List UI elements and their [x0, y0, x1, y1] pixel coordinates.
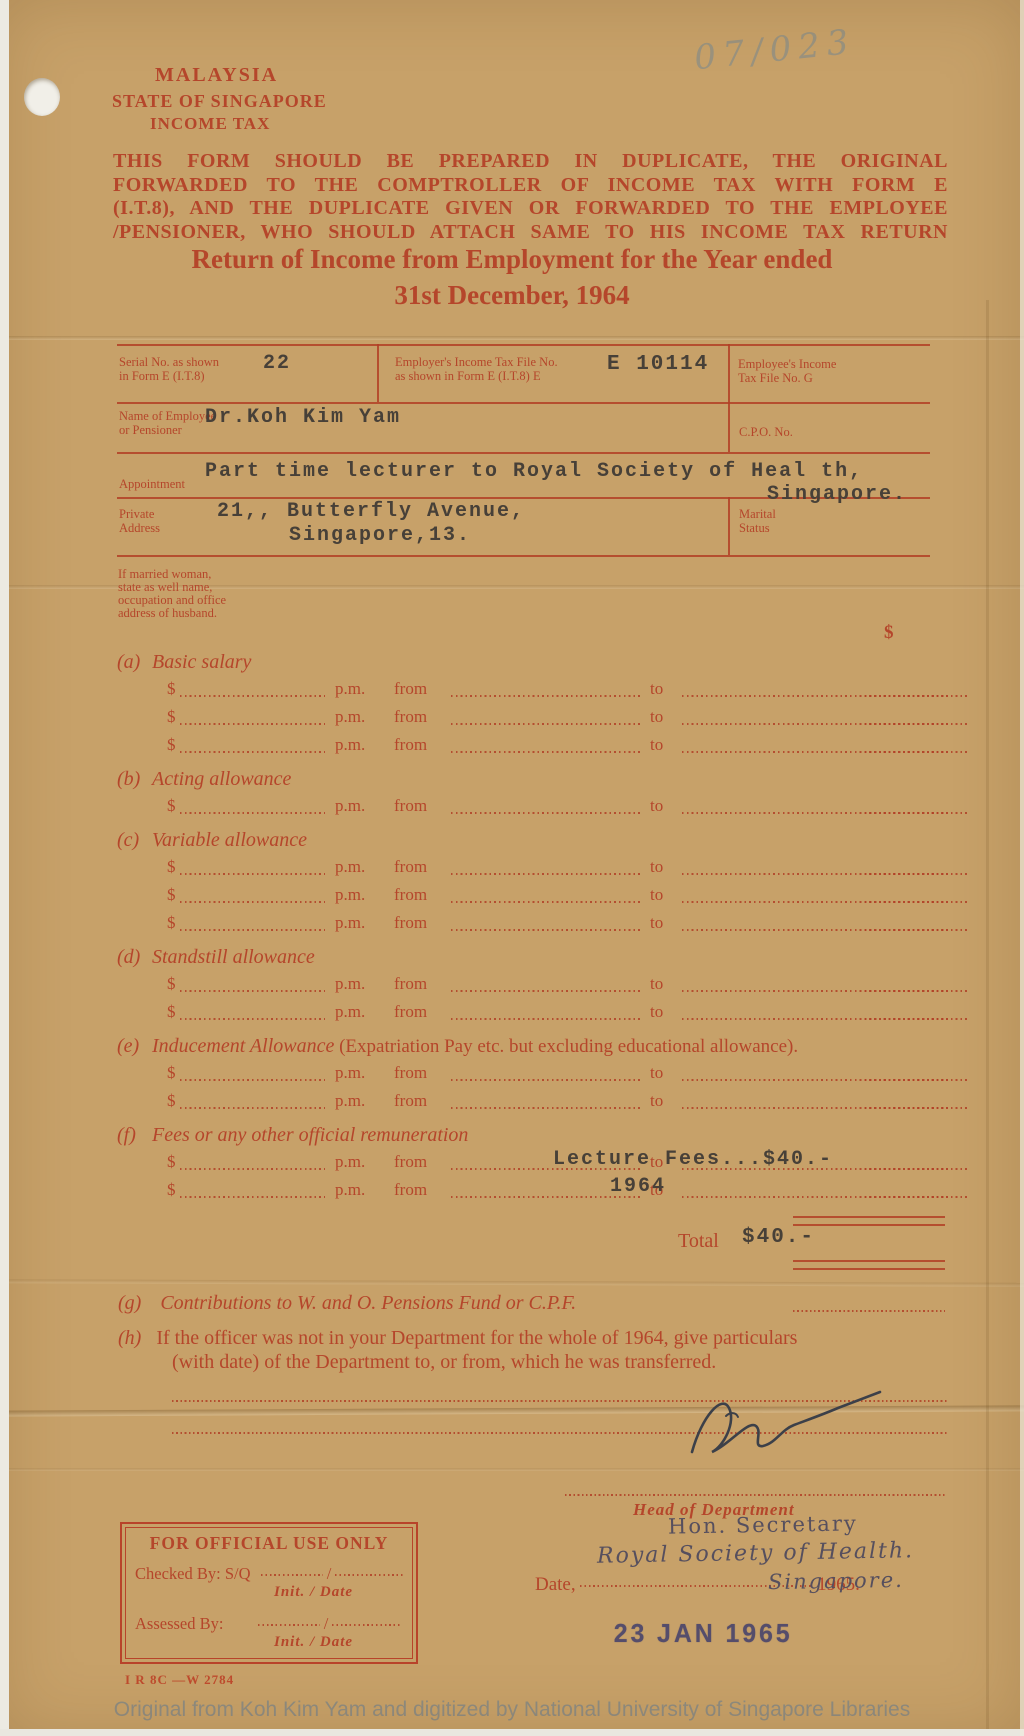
dotted-leader [451, 990, 641, 992]
table-rule [117, 555, 930, 557]
amount-dotted-leader [865, 1079, 948, 1081]
handwritten-ref-number: 07/023 [692, 22, 857, 79]
serial-no-value: 22 [263, 352, 291, 375]
blank-entry-line: $p.m.fromto [117, 675, 948, 703]
slash: / [327, 1564, 332, 1583]
typed-fee-year: 1964 [610, 1175, 666, 1198]
dotted-leader [180, 695, 325, 697]
department-heading: INCOME TAX [150, 114, 270, 134]
instruction-line: /PENSIONER, WHO SHOULD ATTACH SAME TO HI… [113, 221, 948, 245]
employer-file-label: Employer's Income Tax File No. [395, 356, 558, 369]
form-title-line1: Return of Income from Employment for the… [0, 244, 1024, 275]
from-label: from [394, 913, 427, 933]
blank-entry-line: $p.m.fromto [117, 970, 948, 998]
official-use-title: FOR OFFICIAL USE ONLY [122, 1533, 416, 1554]
per-month-label: p.m. [335, 796, 365, 816]
dotted-leader [180, 990, 325, 992]
from-label: from [394, 1063, 427, 1083]
serial-no-label: in Form E (I.T.8) [119, 370, 205, 383]
per-month-label: p.m. [335, 1002, 365, 1022]
amount-dotted-leader [865, 751, 948, 753]
paper-crease [0, 336, 1024, 340]
dotted-leader [180, 1107, 325, 1109]
amount-dotted-leader [865, 812, 948, 814]
dollar-sign: $ [167, 1180, 176, 1200]
handwritten-signature [686, 1386, 886, 1476]
hole-punch [24, 78, 60, 116]
amount-dotted-leader [865, 873, 948, 875]
assessed-date-blank [332, 1624, 402, 1626]
per-month-label: p.m. [335, 1152, 365, 1172]
total-rule-top [793, 1216, 945, 1226]
section-heading: (b)Acting allowance [117, 768, 948, 792]
instruction-line: (I.T.8), AND THE DUPLICATE GIVEN OR FORW… [113, 197, 948, 221]
per-month-label: p.m. [335, 707, 365, 727]
section-id: (c) [117, 829, 139, 852]
marital-status-label: Marital [739, 508, 776, 521]
to-label: to [650, 735, 663, 755]
typed-lecture-fees: Lecture Fees...$40.- [553, 1148, 833, 1171]
cpo-no-label: C.P.O. No. [739, 426, 793, 439]
per-month-label: p.m. [335, 974, 365, 994]
section-heading: (c)Variable allowance [117, 829, 948, 853]
to-label: to [650, 913, 663, 933]
appointment-value: Part time lecturer to Royal Society of H… [205, 460, 863, 483]
from-label: from [394, 1091, 427, 1111]
amount-dotted-leader [865, 1018, 948, 1020]
employee-file-label: Tax File No. G [738, 372, 813, 385]
section-label: Standstill allowance [152, 946, 315, 969]
from-label: from [394, 707, 427, 727]
income-sections: (a)Basic salary$p.m.fromto$p.m.fromto$p.… [117, 642, 948, 1204]
dotted-leader [451, 901, 641, 903]
checked-init-blank [261, 1574, 323, 1576]
to-label: to [650, 1091, 663, 1111]
scan-edge [1020, 0, 1024, 1736]
section-heading: (a)Basic salary [117, 651, 948, 675]
blank-entry-line: $p.m.fromto [117, 853, 948, 881]
dollar-sign: $ [167, 707, 176, 727]
currency-column-header: $ [884, 622, 894, 644]
name-label: or Pensioner [119, 424, 182, 437]
total-label: Total [678, 1230, 719, 1253]
section-id: (e) [117, 1035, 139, 1058]
amount-dotted-leader [865, 723, 948, 725]
dollar-sign: $ [167, 974, 176, 994]
to-label: to [650, 1002, 663, 1022]
dollar-sign: $ [167, 913, 176, 933]
employee-info-table: Serial No. as shown in Form E (I.T.8) 22… [117, 344, 930, 555]
dotted-leader [451, 873, 641, 875]
signature-line [565, 1494, 945, 1496]
from-label: from [394, 1002, 427, 1022]
section-h-line2: (with date) of the Department to, or fro… [172, 1351, 716, 1374]
instruction-line: THIS FORM SHOULD BE PREPARED IN DUPLICAT… [113, 150, 948, 174]
dotted-leader [180, 1196, 325, 1198]
dotted-leader [451, 1079, 641, 1081]
from-label: from [394, 1180, 427, 1200]
employer-file-label: as shown in Form E (I.T.8) E [395, 370, 541, 383]
paper-crease-vertical [986, 300, 989, 1736]
blank-entry-line: $p.m.fromto [117, 909, 948, 937]
amount-dotted-leader [865, 1168, 948, 1170]
scanned-tax-form: 07/023 MALAYSIA STATE OF SINGAPORE INCOM… [0, 0, 1024, 1736]
scan-edge [0, 0, 9, 1736]
table-rule [728, 344, 730, 402]
section-heading: (e)Inducement Allowance (Expatriation Pa… [117, 1035, 948, 1059]
checked-date-blank [335, 1574, 405, 1576]
form-title-line2: 31st December, 1964 [0, 280, 1024, 311]
from-label: from [394, 679, 427, 699]
private-address-label: Private [119, 508, 154, 521]
dotted-leader [451, 751, 641, 753]
dotted-leader [180, 1168, 325, 1170]
stamp-hon-secretary: Hon. Secretary [668, 1511, 858, 1538]
section-h-id: (h) [118, 1327, 141, 1349]
section-label: Variable allowance [152, 829, 307, 852]
appointment-value-line2: Singapore. [767, 483, 907, 506]
section-h-text: If the officer was not in your Departmen… [156, 1327, 797, 1349]
dotted-leader [180, 723, 325, 725]
dotted-leader [451, 929, 641, 931]
appointment-label: Appointment [119, 478, 185, 491]
per-month-label: p.m. [335, 1063, 365, 1083]
paper-crease [0, 1279, 1024, 1287]
dollar-sign: $ [167, 679, 176, 699]
dotted-leader [180, 1079, 325, 1081]
checked-init-date-label: Init. / Date [274, 1584, 353, 1601]
blank-entry-line: $p.m.fromto [117, 792, 948, 820]
from-label: from [394, 796, 427, 816]
employee-name-value: Dr.Koh Kim Yam [205, 406, 401, 429]
to-label: to [650, 707, 663, 727]
country-heading: MALAYSIA [155, 64, 278, 87]
dotted-leader [451, 1018, 641, 1020]
dotted-leader [180, 1018, 325, 1020]
blank-entry-line: $p.m.fromto [117, 881, 948, 909]
dotted-leader [180, 812, 325, 814]
from-label: from [394, 974, 427, 994]
blank-entry-line: $p.m.fromto [117, 998, 948, 1026]
form-instructions: THIS FORM SHOULD BE PREPARED IN DUPLICAT… [113, 150, 948, 244]
assessed-by-label: Assessed By: [135, 1614, 223, 1633]
per-month-label: p.m. [335, 913, 365, 933]
from-label: from [394, 735, 427, 755]
checked-by-row: Checked By: S/Q / [135, 1564, 405, 1584]
dollar-sign: $ [167, 796, 176, 816]
total-rule-bottom [793, 1260, 945, 1270]
dollar-sign: $ [167, 1063, 176, 1083]
dotted-leader [180, 929, 325, 931]
per-month-label: p.m. [335, 1091, 365, 1111]
dotted-leader [451, 695, 641, 697]
section-label: Basic salary [152, 651, 251, 674]
assessed-init-blank [258, 1624, 320, 1626]
from-label: from [394, 857, 427, 877]
dotted-leader [180, 751, 325, 753]
dollar-sign: $ [167, 857, 176, 877]
dotted-leader [451, 723, 641, 725]
amount-dotted-leader [865, 1196, 948, 1198]
per-month-label: p.m. [335, 1180, 365, 1200]
marital-status-label: Status [739, 522, 770, 535]
per-month-label: p.m. [335, 679, 365, 699]
date-label: Date, [535, 1574, 576, 1595]
section-id: (d) [117, 946, 140, 969]
total-value: $40.- [742, 1226, 815, 1249]
blank-entry-line: $p.m.fromto [117, 1059, 948, 1087]
amount-dotted-leader [865, 990, 948, 992]
per-month-label: p.m. [335, 735, 365, 755]
instruction-line: FORWARDED TO THE COMPTROLLER OF INCOME T… [113, 174, 948, 198]
blank-entry-line: $p.m.fromto [117, 703, 948, 731]
dollar-sign: $ [167, 885, 176, 905]
blank-entry-line: $p.m.fromto [117, 1087, 948, 1115]
dotted-leader [451, 1107, 641, 1109]
section-id: (b) [117, 768, 140, 791]
per-month-label: p.m. [335, 885, 365, 905]
to-label: to [650, 974, 663, 994]
dotted-leader [451, 812, 641, 814]
section-label: Fees or any other official remuneration [152, 1124, 468, 1147]
address-value-line1: 21,, Butterfly Avenue, [217, 500, 525, 523]
note-line: address of husband. [118, 607, 226, 620]
received-date-stamp: 23 JAN 1965 [614, 1618, 793, 1649]
blank-entry-line: $p.m.fromto [117, 731, 948, 759]
amount-dotted-leader [865, 1107, 948, 1109]
employee-file-label: Employee's Income [738, 358, 836, 371]
dotted-leader [180, 901, 325, 903]
form-code: I R 8C —W 2784 [125, 1672, 234, 1688]
dotted-leader [180, 873, 325, 875]
assessed-by-row: Assessed By: / [135, 1614, 402, 1634]
official-use-box: FOR OFFICIAL USE ONLY Checked By: S/Q / … [120, 1522, 418, 1664]
stamp-royal-society: Royal Society of Health. [597, 1538, 914, 1569]
to-label: to [650, 885, 663, 905]
section-g: (g) Contributions to W. and O. Pensions … [118, 1292, 576, 1315]
address-value-line2: Singapore,13. [289, 524, 471, 547]
section-g-id: (g) [118, 1292, 141, 1314]
scan-edge [0, 1729, 1024, 1736]
section-h-line1: (h) If the officer was not in your Depar… [118, 1327, 797, 1350]
table-rule [117, 402, 930, 404]
to-label: to [650, 679, 663, 699]
amount-dotted-leader [865, 901, 948, 903]
private-address-label: Address [119, 522, 160, 535]
table-rule [728, 402, 730, 452]
section-g-label: Contributions to W. and O. Pensions Fund… [160, 1292, 576, 1314]
section-g-blank [793, 1310, 945, 1312]
assessed-init-date-label: Init. / Date [274, 1634, 353, 1651]
serial-no-label: Serial No. as shown [119, 356, 219, 369]
name-label: Name of Employee [119, 410, 216, 423]
from-label: from [394, 885, 427, 905]
to-label: to [650, 857, 663, 877]
from-label: from [394, 1152, 427, 1172]
table-rule [117, 452, 930, 454]
section-heading: (f)Fees or any other official remunerati… [117, 1124, 948, 1148]
section-label: Acting allowance [152, 768, 291, 791]
table-rule [117, 344, 930, 346]
dollar-sign: $ [167, 1002, 176, 1022]
dollar-sign: $ [167, 1152, 176, 1172]
amount-dotted-leader [865, 695, 948, 697]
table-rule [377, 344, 379, 402]
section-id: (f) [117, 1124, 136, 1147]
table-rule [728, 497, 730, 555]
married-woman-note: If married woman, state as well name, oc… [118, 568, 226, 620]
slash: / [324, 1614, 329, 1633]
section-heading: (d)Standstill allowance [117, 946, 948, 970]
to-label: to [650, 1063, 663, 1083]
per-month-label: p.m. [335, 857, 365, 877]
blank-entry-line: $p.m.fromto [117, 1176, 948, 1204]
to-label: to [650, 796, 663, 816]
digitization-attribution: Original from Koh Kim Yam and digitized … [0, 1698, 1024, 1722]
checked-by-label: Checked By: S/Q [135, 1564, 251, 1583]
dollar-sign: $ [167, 1091, 176, 1111]
stamp-singapore: Singapore. [768, 1568, 904, 1594]
section-note: (Expatriation Pay etc. but excluding edu… [334, 1036, 798, 1057]
employer-file-value: E 10114 [607, 353, 709, 376]
dollar-sign: $ [167, 735, 176, 755]
amount-dotted-leader [865, 929, 948, 931]
state-heading: STATE OF SINGAPORE [112, 91, 327, 112]
section-id: (a) [117, 651, 140, 674]
section-label: Inducement Allowance (Expatriation Pay e… [152, 1035, 798, 1058]
